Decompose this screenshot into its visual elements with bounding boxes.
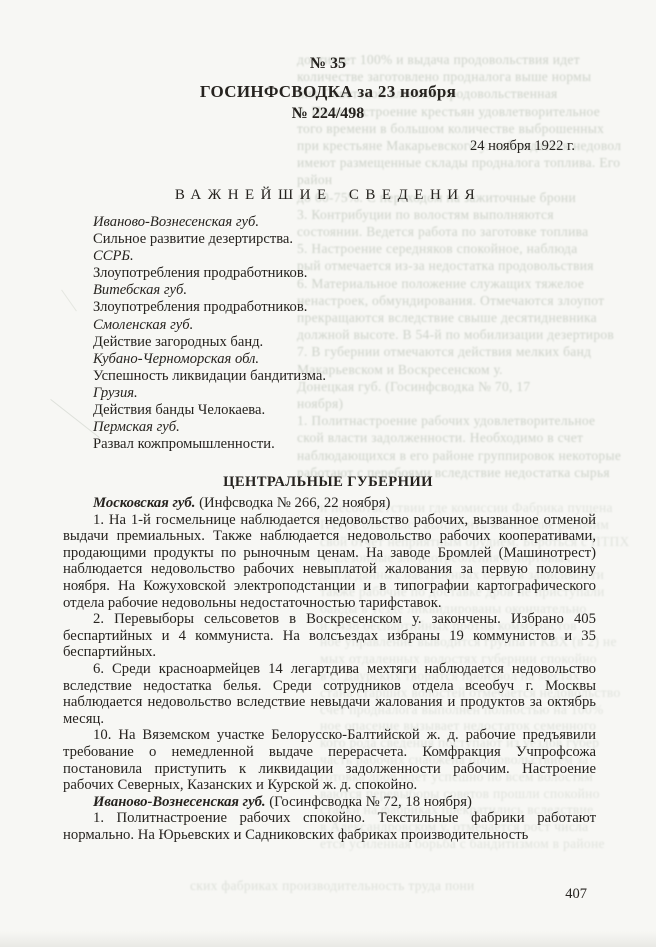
document-title: ГОСИНФСВОДКА за 23 ноября [0,82,656,102]
summary-region: Смоленская губ. [93,317,593,334]
document-number: № 35 [0,55,656,73]
body-paragraph: 6. Среди красноармейцев 14 легартдива ме… [63,661,596,727]
entry-region-lead: Иваново-Вознесенская губ. [93,794,266,810]
printed-content: № 35 ГОСИНФСВОДКА за 23 ноября № 224/498… [0,0,656,947]
entry-lead-line: Московская губ. (Инфсводка № 266, 22 ноя… [63,495,596,512]
summary-region: Иваново-Вознесенская губ. [93,214,593,231]
summary-region: Кубано-Черноморская обл. [93,351,593,368]
summary-region: Грузия. [93,385,593,402]
document-ref-number: № 224/498 [0,105,656,123]
section-heading: ЦЕНТРАЛЬНЫЕ ГУБЕРНИИ [0,474,656,491]
document-body: Московская губ. (Инфсводка № 266, 22 ноя… [63,495,596,843]
summary-note: Злоупотребления продработников. [93,299,593,316]
summary-note: Успешность ликвидации бандитизма. [93,368,593,385]
scanned-document-page: достигает 100% и выдача продовольствия и… [0,0,656,947]
summary-heading: ВАЖНЕЙШИЕ СВЕДЕНИЯ [0,187,656,204]
summary-note: Сильное развитие дезертирства. [93,231,593,248]
summary-note: Развал кожпромышленности. [93,436,593,453]
entry-source-ref: (Инфсводка № 266, 22 ноября) [195,495,390,511]
summary-note: Действие загородных банд. [93,334,593,351]
summary-note: Злоупотребления продработников. [93,265,593,282]
page-number: 407 [63,886,587,903]
summary-region: Витебская губ. [93,282,593,299]
summary-note: Действия банды Челокаева. [93,402,593,419]
body-paragraph: 1. На 1-й госмельнице наблюдается недово… [63,512,596,612]
summary-region: Пермская губ. [93,419,593,436]
entry-region-lead: Московская губ. [93,495,195,511]
body-paragraph: 1. Политнастроение рабочих спокойно. Тек… [63,810,596,843]
summary-region: ССРБ. [93,248,593,265]
entry-lead-line: Иваново-Вознесенская губ. (Госинфсводка … [63,794,596,811]
summary-list: Иваново-Вознесенская губ. Сильное развит… [93,214,593,453]
body-paragraph: 2. Перевыборы сельсоветов в Воскресенско… [63,611,596,661]
body-paragraph: 10. На Вяземском участке Белорусско-Балт… [63,727,596,793]
entry-source-ref: (Госинфсводка № 72, 18 ноября) [266,794,472,810]
document-date: 24 ноября 1922 г. [63,138,597,155]
